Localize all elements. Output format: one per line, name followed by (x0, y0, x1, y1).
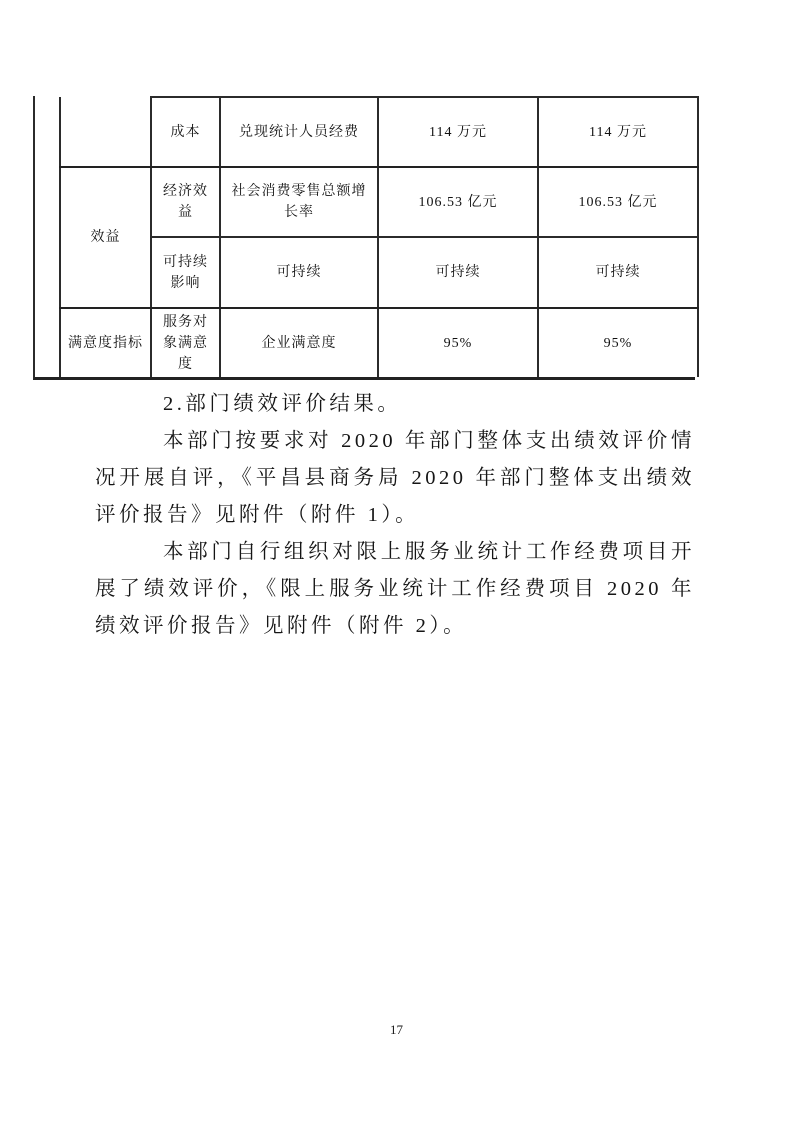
table-cell-indicator: 企业满意度 (220, 308, 378, 377)
table-cell-group: 效益 (60, 167, 151, 308)
page-number: 17 (0, 1022, 793, 1038)
table-cell-indicator: 可持续 (220, 237, 378, 308)
table-cell-category: 可持续影响 (151, 237, 220, 308)
body-text: 2.部门绩效评价结果。 本部门按要求对 2020 年部门整体支出绩效评价情况开展… (95, 386, 695, 645)
table-cell-actual-value: 95% (538, 308, 698, 377)
table-cell-group-continued (60, 97, 151, 167)
table-cell-target-value: 106.53 亿元 (378, 167, 538, 237)
table-cell-actual-value: 可持续 (538, 237, 698, 308)
section-heading: 2.部门绩效评价结果。 (95, 386, 695, 423)
table-cell-actual-value: 106.53 亿元 (538, 167, 698, 237)
table-cell-target-value: 114 万元 (378, 97, 538, 167)
performance-table: 成本 兑现统计人员经费 114 万元 114 万元 效益 经济效益 社会消费零售… (59, 96, 699, 377)
paragraph: 本部门自行组织对限上服务业统计工作经费项目开展了绩效评价，《限上服务业统计工作经… (95, 534, 695, 645)
table-row: 满意度指标 服务对象满意度 企业满意度 95% 95% (60, 308, 698, 377)
table-row: 效益 经济效益 社会消费零售总额增长率 106.53 亿元 106.53 亿元 (60, 167, 698, 237)
table-cell-category: 服务对象满意度 (151, 308, 220, 377)
performance-table-outer-cell: 成本 兑现统计人员经费 114 万元 114 万元 效益 经济效益 社会消费零售… (33, 96, 695, 380)
table-cell-target-value: 可持续 (378, 237, 538, 308)
table-cell-indicator: 兑现统计人员经费 (220, 97, 378, 167)
table-cell-category: 成本 (151, 97, 220, 167)
table-row: 成本 兑现统计人员经费 114 万元 114 万元 (60, 97, 698, 167)
table-cell-target-value: 95% (378, 308, 538, 377)
table-cell-group: 满意度指标 (60, 308, 151, 377)
table-row: 可持续影响 可持续 可持续 可持续 (60, 237, 698, 308)
document-page: { "colors": { "background": "#ffffff", "… (0, 0, 793, 1122)
table-cell-indicator: 社会消费零售总额增长率 (220, 167, 378, 237)
table-cell-actual-value: 114 万元 (538, 97, 698, 167)
paragraph: 本部门按要求对 2020 年部门整体支出绩效评价情况开展自评，《平昌县商务局 2… (95, 423, 695, 534)
table-cell-category: 经济效益 (151, 167, 220, 237)
